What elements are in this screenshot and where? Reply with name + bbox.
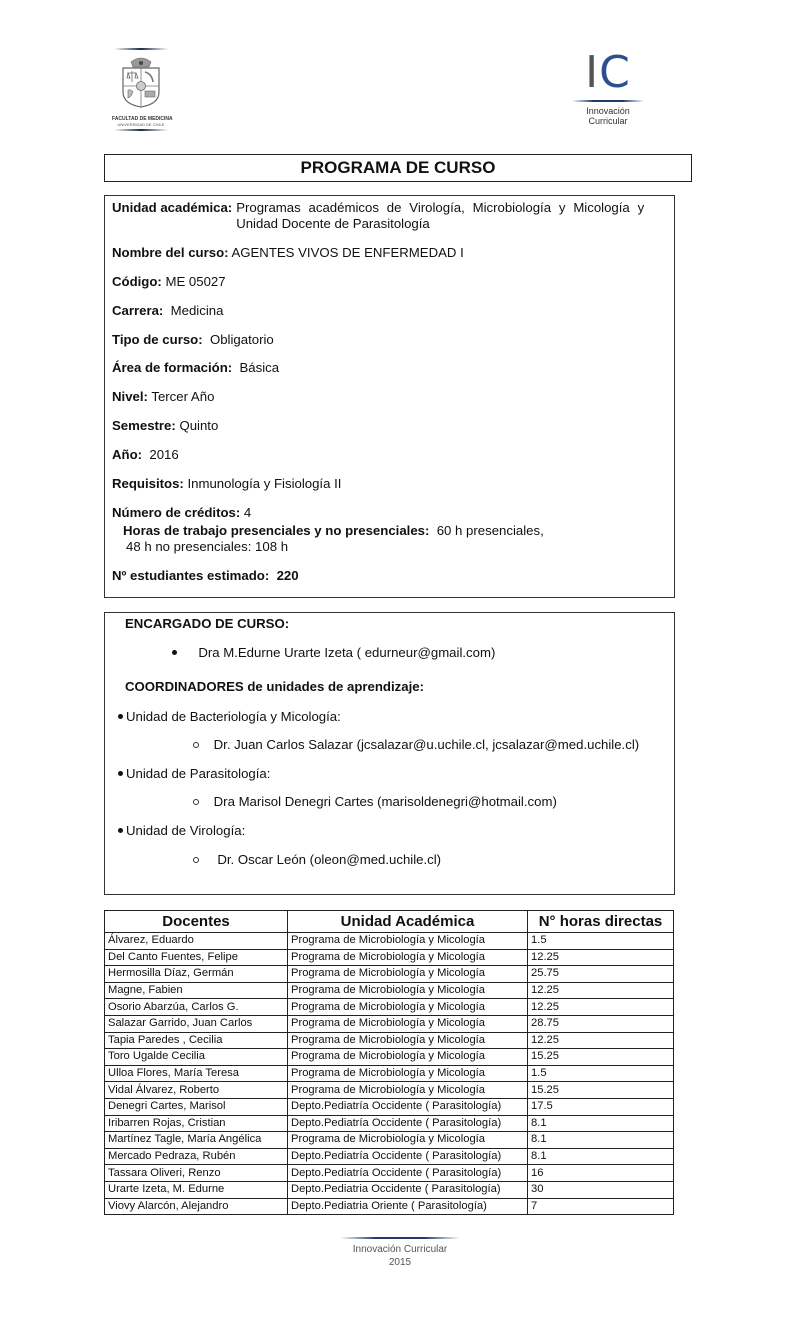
unidad-academica-cell: Depto.Pediatría Occidente ( Parasitologí… [288, 1148, 528, 1165]
logo-divider [572, 100, 644, 102]
unidad-academica-cell: Programa de Microbiología y Micología [288, 1082, 528, 1099]
unit-coordinator: Dra Marisol Denegri Cartes (marisoldeneg… [193, 794, 557, 810]
table-row: Salazar Garrido, Juan CarlosPrograma de … [105, 1015, 674, 1032]
horas-cell: 15.25 [528, 1049, 674, 1066]
value-line1: 60 h presenciales, [437, 523, 544, 538]
info-area-formacion: Área de formación: Básica [112, 360, 667, 376]
horas-cell: 7 [528, 1198, 674, 1215]
ic-line1: Innovación [572, 106, 644, 116]
horas-cell: 28.75 [528, 1015, 674, 1032]
course-info-box: Unidad académica: Programas académicos d… [104, 195, 675, 598]
info-carrera: Carrera: Medicina [112, 303, 667, 319]
horas-cell: 12.25 [528, 1032, 674, 1049]
table-row: Ulloa Flores, María TeresaPrograma de Mi… [105, 1065, 674, 1082]
table-row: Álvarez, EduardoPrograma de Microbiologí… [105, 933, 674, 950]
label: Semestre: [112, 418, 176, 433]
info-codigo: Código: ME 05027 [112, 274, 667, 290]
unidad-academica-cell: Programa de Microbiología y Micología [288, 1032, 528, 1049]
label: Unidad académica: [112, 200, 232, 232]
unit-name: Unidad de Virología: [126, 823, 245, 838]
label: Año: [112, 447, 142, 462]
innovacion-curricular-logo: IC Innovación Curricular [572, 50, 644, 132]
university-name: UNIVERSIDAD DE CHILE [112, 122, 170, 127]
circle-bullet-icon [193, 742, 199, 748]
unit-coordinator: Dr. Juan Carlos Salazar (jcsalazar@u.uch… [193, 737, 639, 753]
unit-item: Unidad de Parasitología: [118, 766, 270, 782]
docente-name-cell: Álvarez, Eduardo [105, 933, 288, 950]
docente-name-cell: Denegri Cartes, Marisol [105, 1098, 288, 1115]
coordinator-name: Dr. Oscar León (oleon@med.uchile.cl) [217, 852, 441, 867]
coordinadores-heading: COORDINADORES de unidades de aprendizaje… [125, 679, 424, 694]
unidad-academica-cell: Programa de Microbiología y Micología [288, 1132, 528, 1149]
info-estudiantes: Nº estudiantes estimado: 220 [112, 568, 667, 584]
table-row: Viovy Alarcón, AlejandroDepto.Pediatria … [105, 1198, 674, 1215]
docente-name-cell: Iribarren Rojas, Cristian [105, 1115, 288, 1132]
label: Nombre del curso: [112, 245, 229, 260]
value: 220 [277, 568, 299, 583]
info-anio: Año: 2016 [112, 447, 667, 463]
value: Quinto [179, 418, 218, 433]
info-tipo-curso: Tipo de curso: Obligatorio [112, 332, 667, 348]
label: Número de créditos: [112, 505, 240, 520]
bullet-icon [118, 714, 123, 719]
unidad-academica-cell: Depto.Pediatría Occidente ( Parasitologí… [288, 1098, 528, 1115]
info-nombre-curso: Nombre del curso: AGENTES VIVOS DE ENFER… [112, 245, 667, 261]
docente-name-cell: Magne, Fabien [105, 982, 288, 999]
table-row: Osorio Abarzúa, Carlos G.Programa de Mic… [105, 999, 674, 1016]
value: AGENTES VIVOS DE ENFERMEDAD I [231, 245, 463, 260]
horas-cell: 15.25 [528, 1082, 674, 1099]
unit-name: Unidad de Parasitología: [126, 766, 270, 781]
value: 2016 [149, 447, 178, 462]
horas-cell: 16 [528, 1165, 674, 1182]
ic-line2: Curricular [572, 116, 644, 126]
info-semestre: Semestre: Quinto [112, 418, 667, 434]
value: Obligatorio [210, 332, 274, 347]
unidad-academica-cell: Programa de Microbiología y Micología [288, 982, 528, 999]
coordinator-name: Dr. Juan Carlos Salazar (jcsalazar@u.uch… [214, 737, 639, 752]
table-row: Urarte Izeta, M. EdurneDepto.Pediatria O… [105, 1181, 674, 1198]
university-crest-icon [119, 56, 163, 108]
coordination-box: ENCARGADO DE CURSO: Dra M.Edurne Urarte … [104, 612, 675, 895]
docente-name-cell: Salazar Garrido, Juan Carlos [105, 1015, 288, 1032]
info-unidad-academica: Unidad académica: Programas académicos d… [112, 200, 667, 232]
unidad-academica-cell: Depto.Pediatria Occidente ( Parasitologí… [288, 1181, 528, 1198]
docente-name-cell: Urarte Izeta, M. Edurne [105, 1181, 288, 1198]
header-horas: N° horas directas [528, 911, 674, 933]
table-row: Toro Ugalde CeciliaPrograma de Microbiol… [105, 1049, 674, 1066]
info-nivel: Nivel: Tercer Año [112, 389, 667, 405]
unidad-academica-cell: Depto.Pediatría Occidente ( Parasitologí… [288, 1165, 528, 1182]
docente-name-cell: Toro Ugalde Cecilia [105, 1049, 288, 1066]
table-row: Tapia Paredes , CeciliaPrograma de Micro… [105, 1032, 674, 1049]
horas-cell: 8.1 [528, 1148, 674, 1165]
info-creditos: Número de créditos: 4 [112, 505, 667, 521]
bullet-icon [118, 771, 123, 776]
unidad-academica-cell: Programa de Microbiología y Micología [288, 949, 528, 966]
horas-cell: 17.5 [528, 1098, 674, 1115]
unit-item: Unidad de Virología: [118, 823, 245, 839]
docente-name-cell: Tapia Paredes , Cecilia [105, 1032, 288, 1049]
footer-divider [340, 1237, 460, 1239]
footer-line1: Innovación Curricular [340, 1243, 460, 1256]
header-unidad-academica: Unidad Académica [288, 911, 528, 933]
table-row: Magne, FabienPrograma de Microbiología y… [105, 982, 674, 999]
docente-name-cell: Martínez Tagle, María Angélica [105, 1132, 288, 1149]
value: Tercer Año [151, 389, 214, 404]
docente-name-cell: Del Canto Fuentes, Felipe [105, 949, 288, 966]
table-row: Hermosilla Díaz, GermánPrograma de Micro… [105, 966, 674, 983]
unit-item: Unidad de Bacteriología y Micología: [118, 709, 341, 725]
faculty-logo: FACULTAD DE MEDICINA UNIVERSIDAD DE CHIL… [112, 48, 170, 134]
table-row: Martínez Tagle, María AngélicaPrograma d… [105, 1132, 674, 1149]
page-title: PROGRAMA DE CURSO [104, 154, 692, 182]
unidad-academica-cell: Programa de Microbiología y Micología [288, 1049, 528, 1066]
docente-name-cell: Ulloa Flores, María Teresa [105, 1065, 288, 1082]
footer-year: 2015 [340, 1256, 460, 1269]
horas-cell: 8.1 [528, 1115, 674, 1132]
unit-name: Unidad de Bacteriología y Micología: [126, 709, 341, 724]
unidad-academica-cell: Programa de Microbiología y Micología [288, 933, 528, 950]
horas-cell: 1.5 [528, 933, 674, 950]
unidad-academica-cell: Programa de Microbiología y Micología [288, 999, 528, 1016]
info-requisitos: Requisitos: Inmunología y Fisiología II [112, 476, 667, 492]
unidad-academica-cell: Programa de Microbiología y Micología [288, 1065, 528, 1082]
logo-divider [114, 129, 168, 131]
docente-name-cell: Viovy Alarcón, Alejandro [105, 1198, 288, 1215]
docente-name-cell: Hermosilla Díaz, Germán [105, 966, 288, 983]
horas-cell: 25.75 [528, 966, 674, 983]
docente-name-cell: Mercado Pedraza, Rubén [105, 1148, 288, 1165]
header-docentes: Docentes [105, 911, 288, 933]
unidad-academica-cell: Depto.Pediatría Occidente ( Parasitologí… [288, 1115, 528, 1132]
horas-cell: 30 [528, 1181, 674, 1198]
value: Básica [240, 360, 280, 375]
label: Horas de trabajo presenciales y no prese… [123, 523, 429, 538]
circle-bullet-icon [193, 799, 199, 805]
horas-cell: 12.25 [528, 999, 674, 1016]
table-header-row: Docentes Unidad Académica N° horas direc… [105, 911, 674, 933]
encargado-heading: ENCARGADO DE CURSO: [125, 616, 289, 631]
footer: Innovación Curricular 2015 [340, 1237, 460, 1269]
label: Requisitos: [112, 476, 184, 491]
label: Tipo de curso: [112, 332, 203, 347]
ic-monogram: IC [572, 50, 644, 96]
docente-name-cell: Vidal Álvarez, Roberto [105, 1082, 288, 1099]
horas-cell: 12.25 [528, 949, 674, 966]
value: ME 05027 [165, 274, 225, 289]
encargado-item: Dra M.Edurne Urarte Izeta ( edurneur@gma… [172, 645, 495, 661]
unidad-academica-cell: Depto.Pediatria Oriente ( Parasitología) [288, 1198, 528, 1215]
label: Nº estudiantes estimado: [112, 568, 269, 583]
table-row: Mercado Pedraza, RubénDepto.Pediatría Oc… [105, 1148, 674, 1165]
encargado-name: Dra M.Edurne Urarte Izeta ( edurneur@gma… [198, 645, 495, 660]
label: Código: [112, 274, 162, 289]
docentes-table: Docentes Unidad Académica N° horas direc… [104, 910, 674, 1215]
info-horas-line2: 48 h no presenciales: 108 h [112, 539, 667, 555]
label: Carrera: [112, 303, 163, 318]
unidad-academica-cell: Programa de Microbiología y Micología [288, 1015, 528, 1032]
table-row: Tassara Oliveri, RenzoDepto.Pediatría Oc… [105, 1165, 674, 1182]
ic-letter-c: C [599, 47, 631, 98]
unit-coordinator: Dr. Oscar León (oleon@med.uchile.cl) [193, 852, 441, 868]
value-line2: Unidad Docente de Parasitología [236, 216, 430, 231]
bullet-icon [118, 828, 123, 833]
horas-cell: 12.25 [528, 982, 674, 999]
table-body: Álvarez, EduardoPrograma de Microbiologí… [105, 933, 674, 1215]
value-line1: Programas académicos de Virología, Micro… [236, 200, 644, 216]
bullet-icon [172, 650, 177, 655]
coordinator-name: Dra Marisol Denegri Cartes (marisoldeneg… [214, 794, 557, 809]
table-row: Denegri Cartes, MarisolDepto.Pediatría O… [105, 1098, 674, 1115]
docente-name-cell: Tassara Oliveri, Renzo [105, 1165, 288, 1182]
label: Nivel: [112, 389, 148, 404]
docente-name-cell: Osorio Abarzúa, Carlos G. [105, 999, 288, 1016]
value: 4 [244, 505, 251, 520]
circle-bullet-icon [193, 857, 199, 863]
value: Inmunología y Fisiología II [187, 476, 341, 491]
ic-letter-i: I [585, 47, 599, 98]
table-row: Del Canto Fuentes, FelipePrograma de Mic… [105, 949, 674, 966]
table-row: Vidal Álvarez, RobertoPrograma de Microb… [105, 1082, 674, 1099]
value: Medicina [171, 303, 224, 318]
logo-divider [114, 48, 168, 50]
horas-cell: 1.5 [528, 1065, 674, 1082]
label: Área de formación: [112, 360, 232, 375]
unidad-academica-cell: Programa de Microbiología y Micología [288, 966, 528, 983]
info-horas: Horas de trabajo presenciales y no prese… [112, 523, 667, 539]
horas-cell: 8.1 [528, 1132, 674, 1149]
table-row: Iribarren Rojas, CristianDepto.Pediatría… [105, 1115, 674, 1132]
